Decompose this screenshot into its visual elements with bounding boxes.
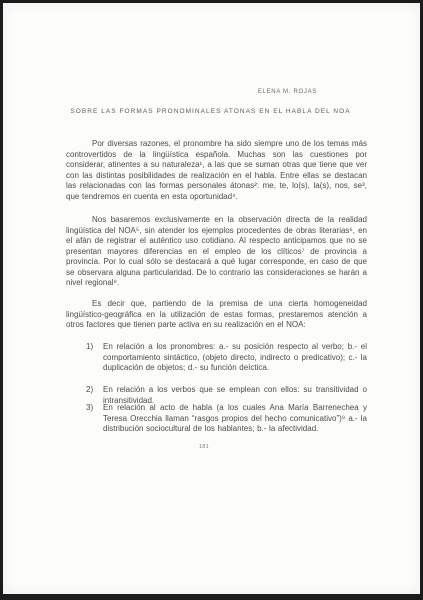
page-title: SOBRE LAS FORMAS PRONOMINALES ATONAS EN … [58, 108, 363, 115]
page-number: 181 [66, 444, 342, 450]
list-item-text: En relación a los pronombres: a.- su pos… [103, 342, 367, 372]
document-page: ELENA M. ROJAS SOBRE LAS FORMAS PRONOMIN… [3, 3, 420, 594]
list-item-number: 1) [86, 342, 100, 353]
list-item: 1) En relación a los pronombres: a.- su … [86, 342, 367, 374]
list-item-number: 2) [86, 385, 100, 396]
list-item-text: En relación a los verbos que se emplean … [103, 385, 367, 405]
paragraph-2: Nos basaremos exclusivamente en la obser… [66, 215, 367, 289]
scanned-page-frame: ELENA M. ROJAS SOBRE LAS FORMAS PRONOMIN… [0, 0, 423, 600]
list-item-number: 3) [86, 403, 100, 414]
paragraph-1: Por diversas razones, el pronombre ha si… [66, 139, 367, 202]
paragraph-3: Es decir que, partiendo de la premisa de… [66, 299, 367, 331]
author-name: ELENA M. ROJAS [66, 89, 317, 95]
list-item: 3) En relación al acto de habla (a los c… [86, 403, 367, 435]
list-item-text: En relación al acto de habla (a los cual… [103, 403, 367, 433]
